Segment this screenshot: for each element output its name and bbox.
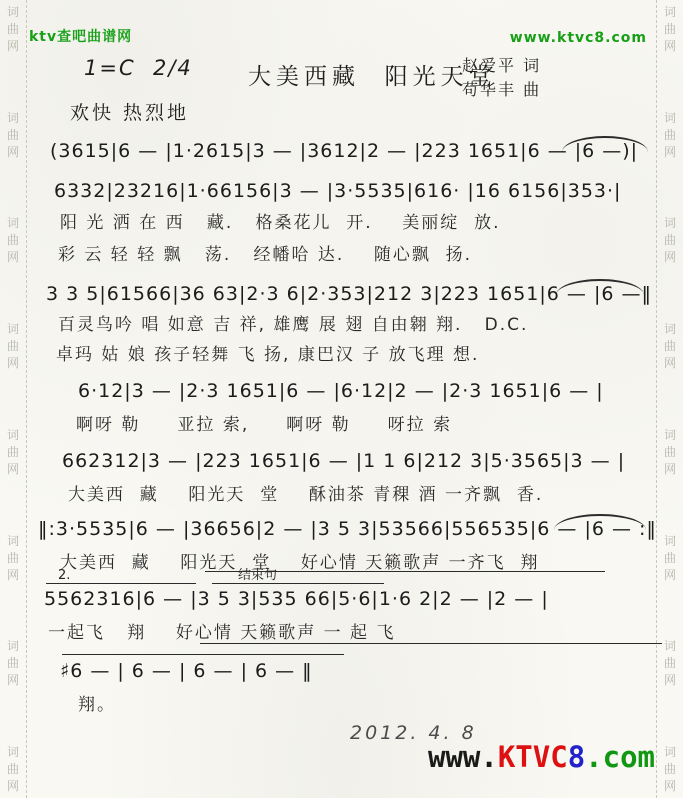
music-line-7: 5562316|6 — |3 5 3|535 66|5·6|1·6 2|2 — … xyxy=(44,588,549,610)
site-url-text: www.ktvc8.com xyxy=(510,30,647,46)
tie-arc xyxy=(554,514,646,530)
music-line-1: (3615|6 — |1·2615|3 — |3612|2 — |223 165… xyxy=(50,140,638,162)
watermark-char: 词 xyxy=(7,429,19,441)
left-dashed-divider xyxy=(26,0,27,798)
right-dashed-divider xyxy=(656,0,657,798)
song-title: 大美西藏 阳光天堂 xyxy=(248,58,497,91)
music-line-2: 6332|23216|1·66156|3 — |3·5535|616· |16 … xyxy=(54,180,621,202)
watermark-group: 词曲网 xyxy=(659,323,681,369)
watermark-char: 词 xyxy=(7,323,19,335)
watermark-char: 词 xyxy=(664,217,676,229)
watermark-group: 词曲网 xyxy=(659,746,681,792)
watermark-group: 词曲网 xyxy=(659,217,681,263)
lyric-line-7: 大美西 藏 阳光天 堂 好心情 天籁歌声 一齐飞 翔 xyxy=(60,548,539,573)
logo-8: 8 xyxy=(568,740,585,774)
watermark-char: 网 xyxy=(664,251,676,263)
lyric-line-5: 啊呀 勒 亚拉 索, 啊呀 勒 呀拉 索 xyxy=(76,410,452,435)
lyric-extension-line xyxy=(200,643,662,644)
lyric-line-2: 彩 云 轻 轻 飘 荡. 经幡哈 达. 随心飘 扬. xyxy=(58,240,472,265)
watermark-char: 词 xyxy=(664,746,676,758)
watermark-char: 网 xyxy=(7,251,19,263)
watermark-char: 曲 xyxy=(7,657,19,669)
watermark-char: 词 xyxy=(664,640,676,652)
lyric-line-9: 翔。 xyxy=(78,690,116,715)
lyricist: 赵爱平 词 xyxy=(462,56,541,75)
watermark-group: 词曲网 xyxy=(659,535,681,581)
logo-www: www. xyxy=(428,740,498,774)
watermark-char: 网 xyxy=(7,40,19,52)
watermark-char: 词 xyxy=(7,112,19,124)
credits: 赵爱平 词苟华丰 曲 xyxy=(462,54,541,102)
watermark-char: 词 xyxy=(664,112,676,124)
music-line-4: 6·12|3 — |2·3 1651|6 — |6·12|2 — |2·3 16… xyxy=(78,380,604,402)
lyric-line-8: 一起飞 翔 好心情 天籁歌声 一 起 飞 xyxy=(48,618,395,643)
ending-section-label: 结束句 xyxy=(238,564,277,583)
watermark-group: 词曲网 xyxy=(2,6,24,52)
watermark-char: 曲 xyxy=(7,552,19,564)
watermark-char: 网 xyxy=(7,357,19,369)
key-time-signature: 1=C 2/4 xyxy=(84,56,193,80)
watermark-char: 曲 xyxy=(664,23,676,35)
watermark-char: 词 xyxy=(664,429,676,441)
watermark-group: 词曲网 xyxy=(659,112,681,158)
slur-line xyxy=(62,654,344,655)
watermark-group: 词曲网 xyxy=(2,535,24,581)
composer: 苟华丰 曲 xyxy=(462,80,541,99)
tie-arc xyxy=(556,279,644,295)
watermark-char: 网 xyxy=(664,146,676,158)
sheet-music-scan: 词曲网 词曲网 词曲网 词曲网 词曲网 词曲网 词曲网 词曲网 词曲网 词曲网 … xyxy=(0,0,683,798)
watermark-char: 曲 xyxy=(664,657,676,669)
logo-ktvc: KTVC xyxy=(498,740,568,774)
ending-bracket xyxy=(212,583,384,584)
left-watermark-rail: 词曲网 词曲网 词曲网 词曲网 词曲网 词曲网 词曲网 词曲网 xyxy=(2,0,24,798)
watermark-char: 网 xyxy=(664,674,676,686)
watermark-group: 词曲网 xyxy=(2,429,24,475)
watermark-group: 词曲网 xyxy=(2,112,24,158)
watermark-char: 曲 xyxy=(664,446,676,458)
watermark-char: 网 xyxy=(7,674,19,686)
watermark-char: 网 xyxy=(664,780,676,792)
watermark-char: 曲 xyxy=(7,763,19,775)
watermark-char: 曲 xyxy=(7,446,19,458)
watermark-char: 网 xyxy=(7,780,19,792)
watermark-char: 曲 xyxy=(7,340,19,352)
watermark-char: 曲 xyxy=(7,129,19,141)
music-line-8: ♯6 — | 6 — | 6 — | 6 — ‖ xyxy=(60,660,313,682)
watermark-group: 词曲网 xyxy=(2,217,24,263)
watermark-char: 词 xyxy=(7,6,19,18)
site-name-text: ktv查吧曲谱网 xyxy=(29,26,132,46)
watermark-group: 词曲网 xyxy=(2,640,24,686)
watermark-char: 曲 xyxy=(7,23,19,35)
watermark-char: 词 xyxy=(664,323,676,335)
watermark-char: 曲 xyxy=(664,552,676,564)
watermark-group: 词曲网 xyxy=(659,429,681,475)
volta-2-bracket xyxy=(46,583,196,584)
watermark-group: 词曲网 xyxy=(659,6,681,52)
watermark-char: 词 xyxy=(7,217,19,229)
watermark-char: 曲 xyxy=(664,129,676,141)
right-watermark-rail: 词曲网 词曲网 词曲网 词曲网 词曲网 词曲网 词曲网 词曲网 xyxy=(659,0,681,798)
watermark-char: 网 xyxy=(664,463,676,475)
watermark-char: 词 xyxy=(7,535,19,547)
watermark-group: 词曲网 xyxy=(2,323,24,369)
watermark-group: 词曲网 xyxy=(2,746,24,792)
watermark-char: 词 xyxy=(7,746,19,758)
watermark-char: 曲 xyxy=(664,340,676,352)
lyric-extension-line xyxy=(205,571,605,572)
watermark-char: 词 xyxy=(664,6,676,18)
tie-arc xyxy=(562,136,648,152)
lyric-line-3: 百灵鸟吟 唱 如意 吉 祥, 雄鹰 展 翅 自由翱 翔. D.C. xyxy=(58,310,528,335)
watermark-char: 网 xyxy=(664,357,676,369)
watermark-group: 词曲网 xyxy=(659,640,681,686)
lyric-line-1: 阳 光 洒 在 西 藏. 格桑花儿 开. 美丽绽 放. xyxy=(60,208,500,233)
tempo-marking: 欢快 热烈地 xyxy=(70,98,189,125)
watermark-char: 曲 xyxy=(664,234,676,246)
logo-com: .com xyxy=(585,740,655,774)
watermark-char: 网 xyxy=(7,569,19,581)
lyric-line-6: 大美西 藏 阳光天 堂 酥油茶 青稞 酒 一齐飘 香. xyxy=(68,480,543,505)
watermark-char: 网 xyxy=(7,463,19,475)
music-line-5: 662312|3 — |223 1651|6 — |1 1 6|212 3|5·… xyxy=(62,450,625,472)
watermark-char: 曲 xyxy=(7,234,19,246)
footer-site-logo: www.KTVC8.com xyxy=(428,740,655,774)
watermark-char: 词 xyxy=(7,640,19,652)
watermark-char: 网 xyxy=(664,569,676,581)
lyric-line-4: 卓玛 姑 娘 孩子轻舞 飞 扬, 康巴汉 子 放飞理 想. xyxy=(56,340,479,365)
watermark-char: 网 xyxy=(664,40,676,52)
volta-2-label: 2. xyxy=(58,568,70,583)
watermark-char: 词 xyxy=(664,535,676,547)
watermark-char: 曲 xyxy=(664,763,676,775)
watermark-char: 网 xyxy=(7,146,19,158)
